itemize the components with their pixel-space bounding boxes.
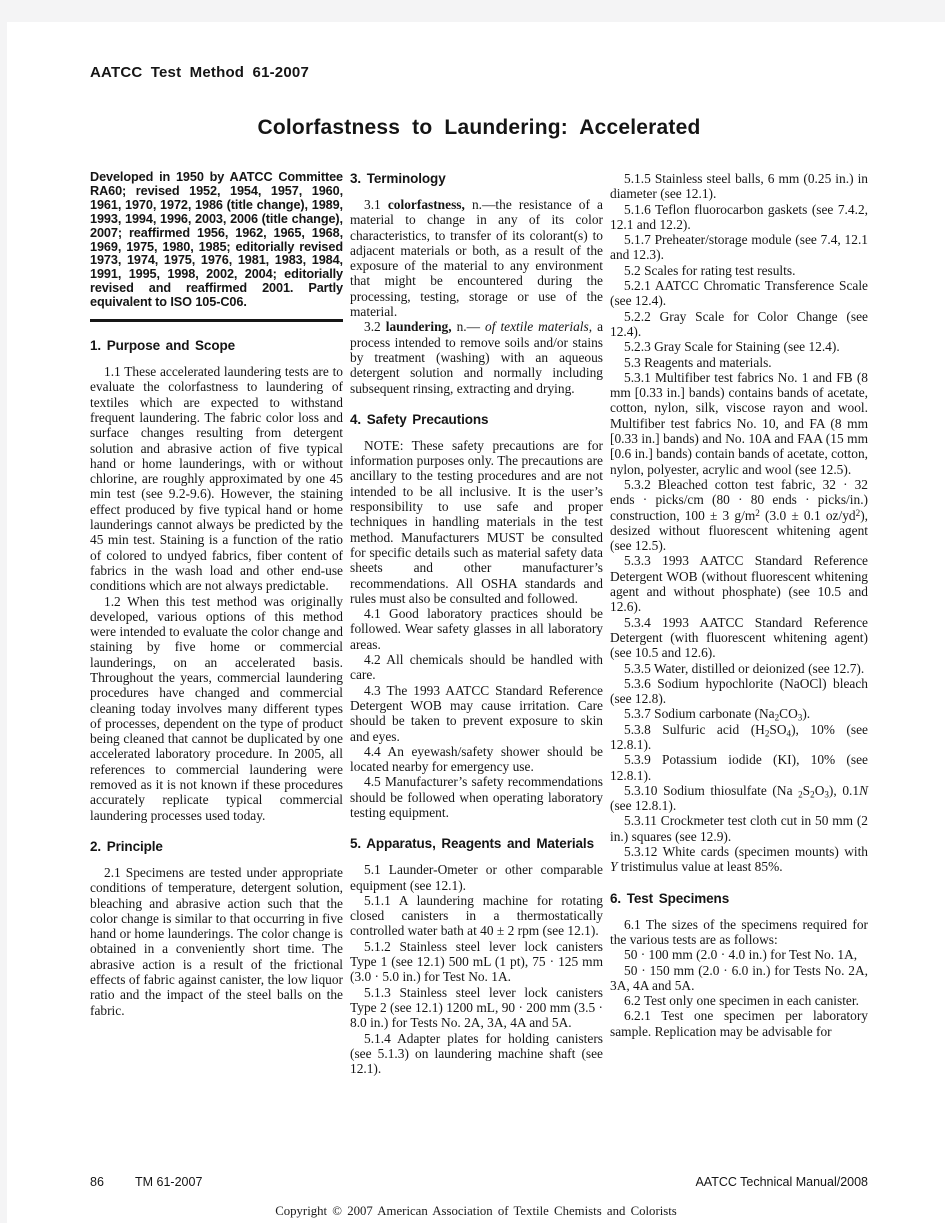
paragraph: 5.3.10 Sodium thiosulfate (Na 2S2O3), 0.…	[610, 783, 868, 814]
paragraph: 5.3.12 White cards (specimen mounts) wit…	[610, 844, 868, 875]
paragraph: 5.3.2 Bleached cotton test fabric, 32 · …	[610, 477, 868, 553]
column-1: Developed in 1950 by AATCC Committee RA6…	[90, 171, 343, 1076]
footer-manual: AATCC Technical Manual/2008	[695, 1175, 868, 1189]
column-2: 3. Terminology3.1 colorfastness, n.—the …	[350, 171, 603, 1076]
footer-left: 86 TM 61-2007	[90, 1175, 202, 1189]
column-3: 5.1.5 Stainless steel balls, 6 mm (0.25 …	[610, 171, 868, 1076]
page-content: AATCC Test Method 61-2007 Colorfastness …	[7, 22, 945, 1076]
page-title: Colorfastness to Laundering: Accelerated	[90, 116, 868, 140]
paragraph: 1.2 When this test method was originally…	[90, 594, 343, 823]
paragraph: 5.3.1 Multifiber test fabrics No. 1 and …	[610, 370, 868, 477]
paragraph: 5.2.2 Gray Scale for Color Change (see 1…	[610, 309, 868, 340]
paragraph: 5.3.8 Sulfuric acid (H2SO4), 10% (see 12…	[610, 722, 868, 753]
doc-header: AATCC Test Method 61-2007	[90, 64, 868, 82]
paragraph: 4.5 Manufacturer’s safety recommendation…	[350, 774, 603, 820]
paragraph: 5.3.4 1993 AATCC Standard Reference Dete…	[610, 615, 868, 661]
paragraph: 50 · 100 mm (2.0 · 4.0 in.) for Test No.…	[610, 947, 868, 962]
paragraph: 5.3.7 Sodium carbonate (Na2CO3).	[610, 706, 868, 721]
section-heading: 2. Principle	[90, 839, 343, 855]
paragraph: 5.1.4 Adapter plates for holding caniste…	[350, 1031, 603, 1077]
paragraph: 5.2.1 AATCC Chromatic Transference Scale…	[610, 278, 868, 309]
paragraph: 5.3.5 Water, distilled or deionized (see…	[610, 661, 868, 676]
paragraph: 5.1.1 A laundering machine for rotating …	[350, 893, 603, 939]
paragraph: 4.1 Good laboratory practices should be …	[350, 606, 603, 652]
paragraph: 1.1 These accelerated laundering tests a…	[90, 364, 343, 593]
section-heading: 3. Terminology	[350, 171, 603, 187]
footer-page-number: 86	[90, 1175, 135, 1189]
paragraph: 5.1.7 Preheater/storage module (see 7.4,…	[610, 232, 868, 263]
footer-doc-ref: TM 61-2007	[135, 1175, 202, 1189]
paragraph: NOTE: These safety precautions are for i…	[350, 438, 603, 606]
paragraph: 5.2.3 Gray Scale for Staining (see 12.4)…	[610, 339, 868, 354]
paragraph: 5.1.5 Stainless steel balls, 6 mm (0.25 …	[610, 171, 868, 202]
section-heading: 4. Safety Precautions	[350, 412, 603, 428]
document-page: AATCC Test Method 61-2007 Colorfastness …	[7, 22, 945, 1223]
paragraph: 5.1.3 Stainless steel lever lock caniste…	[350, 985, 603, 1031]
paragraph: 4.4 An eyewash/safety shower should be l…	[350, 744, 603, 775]
paragraph: 5.3.9 Potassium iodide (KI), 10% (see 12…	[610, 752, 868, 783]
paragraph: 5.1.2 Stainless steel lever lock caniste…	[350, 939, 603, 985]
paragraph: 5.1.6 Teflon fluorocarbon gaskets (see 7…	[610, 202, 868, 233]
paragraph: 5.3 Reagents and materials.	[610, 355, 868, 370]
paragraph: 3.1 colorfastness, n.—the resistance of …	[350, 197, 603, 319]
footer-copyright: Copyright © 2007 American Association of…	[7, 1204, 945, 1219]
paragraph: 5.1 Launder-Ometer or other comparable e…	[350, 862, 603, 893]
paragraph: 5.3.11 Crockmeter test cloth cut in 50 m…	[610, 813, 868, 844]
columns-container: Developed in 1950 by AATCC Committee RA6…	[90, 171, 868, 1076]
section-heading: 1. Purpose and Scope	[90, 338, 343, 354]
paragraph: 4.2 All chemicals should be handled with…	[350, 652, 603, 683]
paragraph: 6.2.1 Test one specimen per laboratory s…	[610, 1008, 868, 1039]
history-divider	[90, 319, 343, 322]
paragraph: 2.1 Specimens are tested under appropria…	[90, 865, 343, 1018]
paragraph: 5.3.3 1993 AATCC Standard Reference Dete…	[610, 553, 868, 614]
revision-history: Developed in 1950 by AATCC Committee RA6…	[90, 171, 343, 310]
paragraph: 5.3.6 Sodium hypochlorite (NaOCl) bleach…	[610, 676, 868, 707]
paragraph: 3.2 laundering, n.— of textile materials…	[350, 319, 603, 395]
section-heading: 6. Test Specimens	[610, 891, 868, 907]
paragraph: 6.1 The sizes of the specimens required …	[610, 917, 868, 948]
paragraph: 6.2 Test only one specimen in each canis…	[610, 993, 868, 1008]
paragraph: 4.3 The 1993 AATCC Standard Reference De…	[350, 683, 603, 744]
page-footer: 86 TM 61-2007 AATCC Technical Manual/200…	[7, 1175, 945, 1189]
paragraph: 50 · 150 mm (2.0 · 6.0 in.) for Tests No…	[610, 963, 868, 994]
section-heading: 5. Apparatus, Reagents and Materials	[350, 836, 603, 852]
paragraph: 5.2 Scales for rating test results.	[610, 263, 868, 278]
